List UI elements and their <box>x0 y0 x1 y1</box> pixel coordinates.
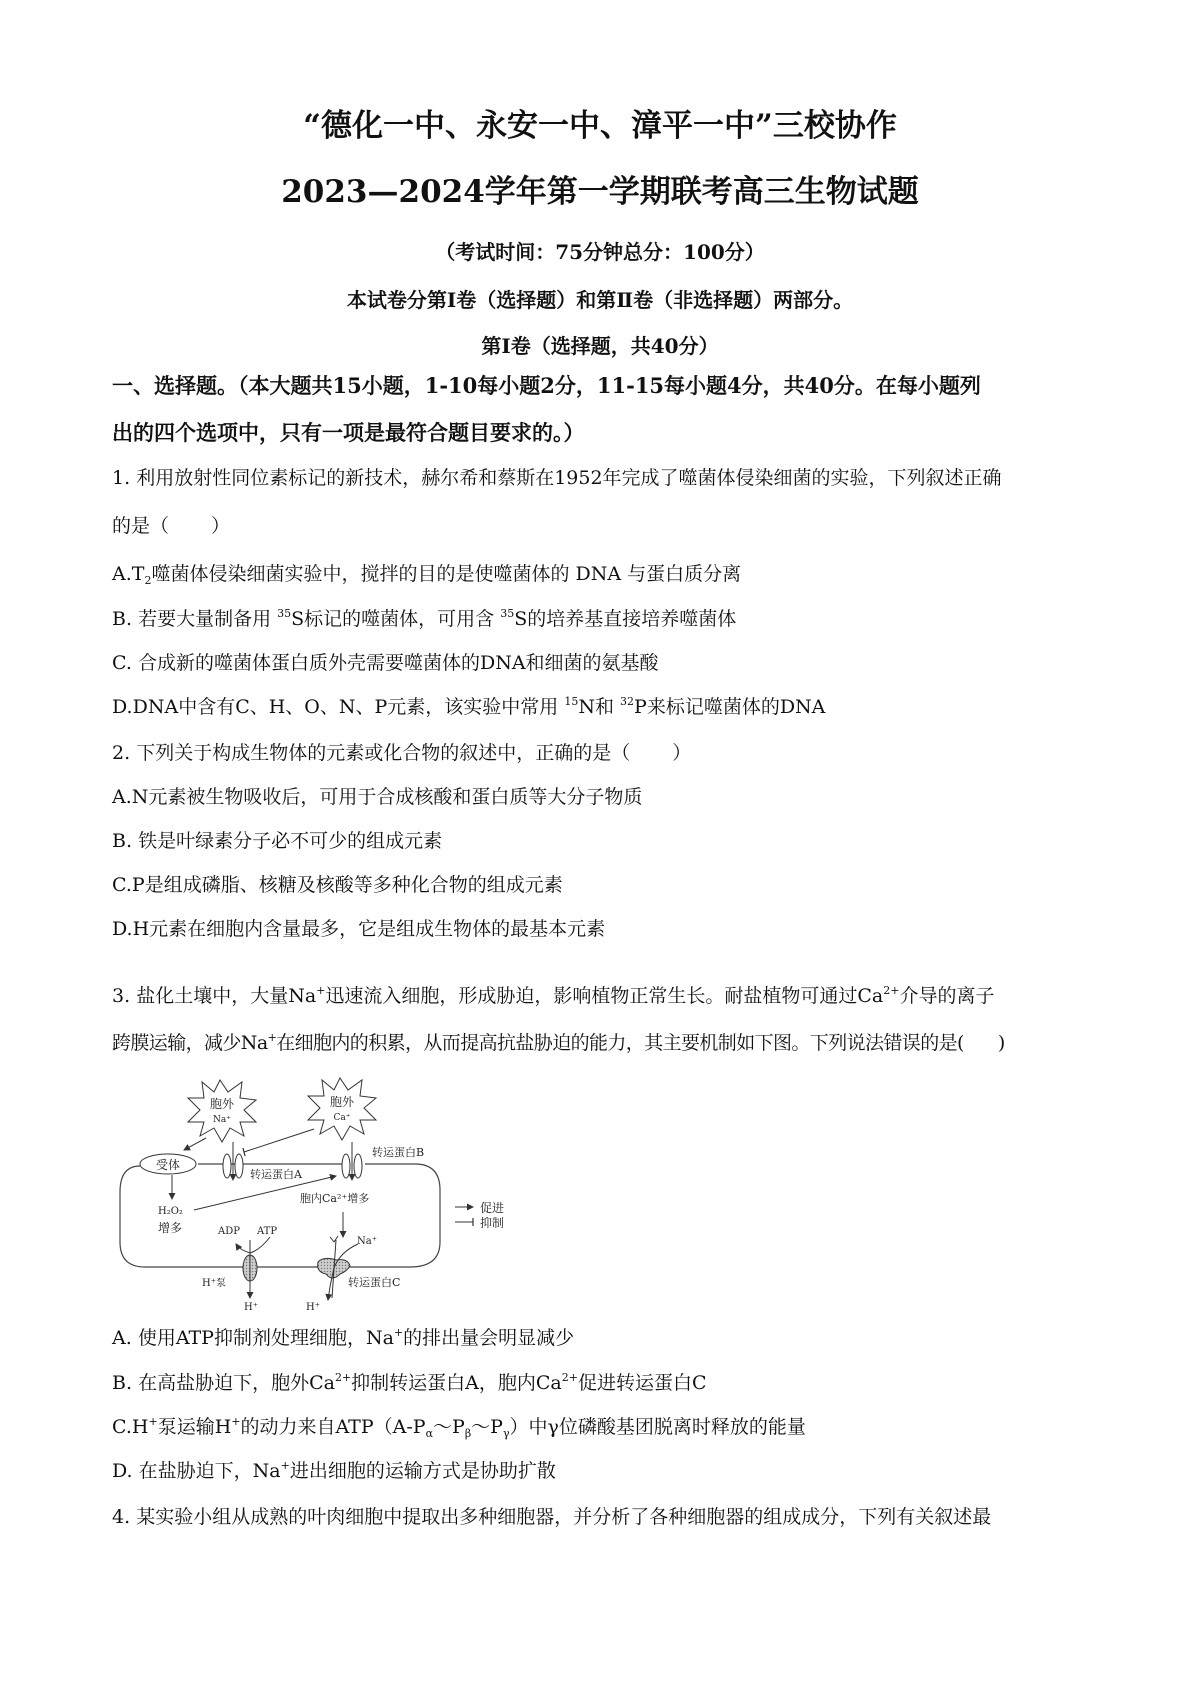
svg-text:促进: 促进 <box>480 1200 504 1215</box>
question-3-option-d: D. 在盐胁迫下，Na+进出细胞的运输方式是协助扩散 <box>112 1458 1102 1484</box>
svg-text:抑制: 抑制 <box>480 1215 504 1230</box>
question-2-option-d: D.H元素在细胞内含量最多，它是组成生物体的最基本元素 <box>112 916 1102 942</box>
svg-text:H⁺: H⁺ <box>244 1302 258 1312</box>
question-1-option-d: D.DNA中含有C、H、O、N、P元素，该实验中常用 15N和 32P来标记噬菌… <box>112 694 1102 720</box>
question-2-option-b: B. 铁是叶绿素分子必不可少的组成元素 <box>112 828 1102 854</box>
question-number: 1. <box>112 467 130 489</box>
svg-text:转运蛋白B: 转运蛋白B <box>372 1145 424 1159</box>
question-2-stem: 2. 下列关于构成生物体的元素或化合物的叙述中，正确的是（） <box>112 740 1102 766</box>
svg-text:胞外: 胞外 <box>330 1095 355 1109</box>
svg-text:Na⁺: Na⁺ <box>357 1236 377 1247</box>
transporter-c: Na⁺ H⁺ 转运蛋白C <box>306 1236 400 1312</box>
svg-text:胞外: 胞外 <box>210 1097 235 1111</box>
svg-text:ATP: ATP <box>256 1226 277 1237</box>
question-1-option-c: C. 合成新的噬菌体蛋白质外壳需要噬菌体的DNA和细菌的氨基酸 <box>112 650 1102 676</box>
question-3-stem-line1: 3. 盐化土壤中，大量Na+迅速流入细胞，形成胁迫，影响植物正常生长。耐盐植物可… <box>112 983 1102 1009</box>
svg-text:Na⁺: Na⁺ <box>213 1115 231 1125</box>
exam-info: （考试时间：75分钟总分：100分） <box>0 236 1200 265</box>
svg-text:H₂O₂: H₂O₂ <box>158 1206 183 1217</box>
paper-structure: 本试卷分第Ⅰ卷（选择题）和第Ⅱ卷（非选择题）两部分。 <box>0 284 1200 313</box>
question-2-option-a: A.N元素被生物吸收后，可用于合成核酸和蛋白质等大分子物质 <box>112 784 1102 810</box>
transporter-a: 转运蛋白A <box>223 1142 303 1181</box>
part1-title: 第Ⅰ卷（选择题，共40分） <box>0 330 1200 359</box>
extracellular-ca-burst: 胞外 Ca⁺ <box>308 1078 376 1140</box>
question-2-option-c: C.P是组成磷脂、核糖及核酸等多种化合物的组成元素 <box>112 872 1102 898</box>
question-1-option-a: A.T2噬菌体侵染细菌实验中，搅拌的目的是使噬菌体的 DNA 与蛋白质分离 <box>112 561 1102 587</box>
question-number: 3. <box>112 985 130 1007</box>
svg-text:胞内Ca²⁺增多: 胞内Ca²⁺增多 <box>300 1191 369 1205</box>
question-1-stem-line2: 的是（） <box>112 513 1102 539</box>
svg-text:增多: 增多 <box>158 1221 182 1235</box>
svg-text:H⁺: H⁺ <box>306 1302 320 1312</box>
section1-heading-line1: 一、选择题。（本大题共15小题，1-10每小题2分，11-15每小题4分，共40… <box>112 362 1102 409</box>
exam-page: “德化一中、永安一中、漳平一中”三校协作 2023—2024学年第一学期联考高三… <box>0 0 1200 1698</box>
svg-text:转运蛋白A: 转运蛋白A <box>250 1167 303 1181</box>
exam-title-subject: 2023—2024学年第一学期联考高三生物试题 <box>0 166 1200 211</box>
transporter-b: 转运蛋白B <box>342 1142 424 1180</box>
ion-transport-diagram: 胞外 Na⁺ 胞外 Ca⁺ 受体 转运蛋白A <box>110 1072 530 1312</box>
question-number: 2. <box>112 742 130 764</box>
svg-text:受体: 受体 <box>156 1157 180 1172</box>
question-3-option-a: A. 使用ATP抑制剂处理细胞，Na+的排出量会明显减少 <box>112 1325 1102 1351</box>
question-4-stem-line1: 4. 某实验小组从成熟的叶肉细胞中提取出多种细胞器，并分析了各种细胞器的组成成分… <box>112 1504 1102 1530</box>
svg-text:H⁺泵: H⁺泵 <box>202 1277 226 1289</box>
question-3-option-b: B. 在高盐胁迫下，胞外Ca2+抑制转运蛋白A，胞内Ca2+促进转运蛋白C <box>112 1370 1102 1396</box>
question-1-option-b: B. 若要大量制备用 35S标记的噬菌体，可用含 35S的培养基直接培养噬菌体 <box>112 606 1102 632</box>
section1-heading-line2: 出的四个选项中，只有一项是最符合题目要求的。） <box>112 409 1102 456</box>
question-number: 4. <box>112 1506 130 1528</box>
extracellular-na-burst: 胞外 Na⁺ <box>188 1080 256 1142</box>
diagram-legend: 促进 抑制 <box>455 1200 504 1230</box>
h-pump: ADP ATP H⁺泵 H⁺ <box>202 1226 277 1312</box>
section1-heading: 一、选择题。（本大题共15小题，1-10每小题2分，11-15每小题4分，共40… <box>112 362 1102 456</box>
question-1-stem-line1: 1. 利用放射性同位素标记的新技术，赫尔希和蔡斯在1952年完成了噬菌体侵染细菌… <box>112 465 1102 491</box>
svg-text:ADP: ADP <box>217 1226 240 1237</box>
question-3-option-c: C.H+泵运输H+的动力来自ATP（A-Pα～Pβ～Pγ）中γ位磷酸基团脱离时释… <box>112 1414 1102 1440</box>
svg-text:转运蛋白C: 转运蛋白C <box>348 1275 400 1289</box>
exam-title-schools: “德化一中、永安一中、漳平一中”三校协作 <box>0 100 1200 145</box>
question-3-stem-line2: 跨膜运输，减少Na+在细胞内的积累，从而提高抗盐胁迫的能力，其主要机制如下图。下… <box>112 1030 1102 1056</box>
svg-text:Ca⁺: Ca⁺ <box>333 1113 350 1123</box>
